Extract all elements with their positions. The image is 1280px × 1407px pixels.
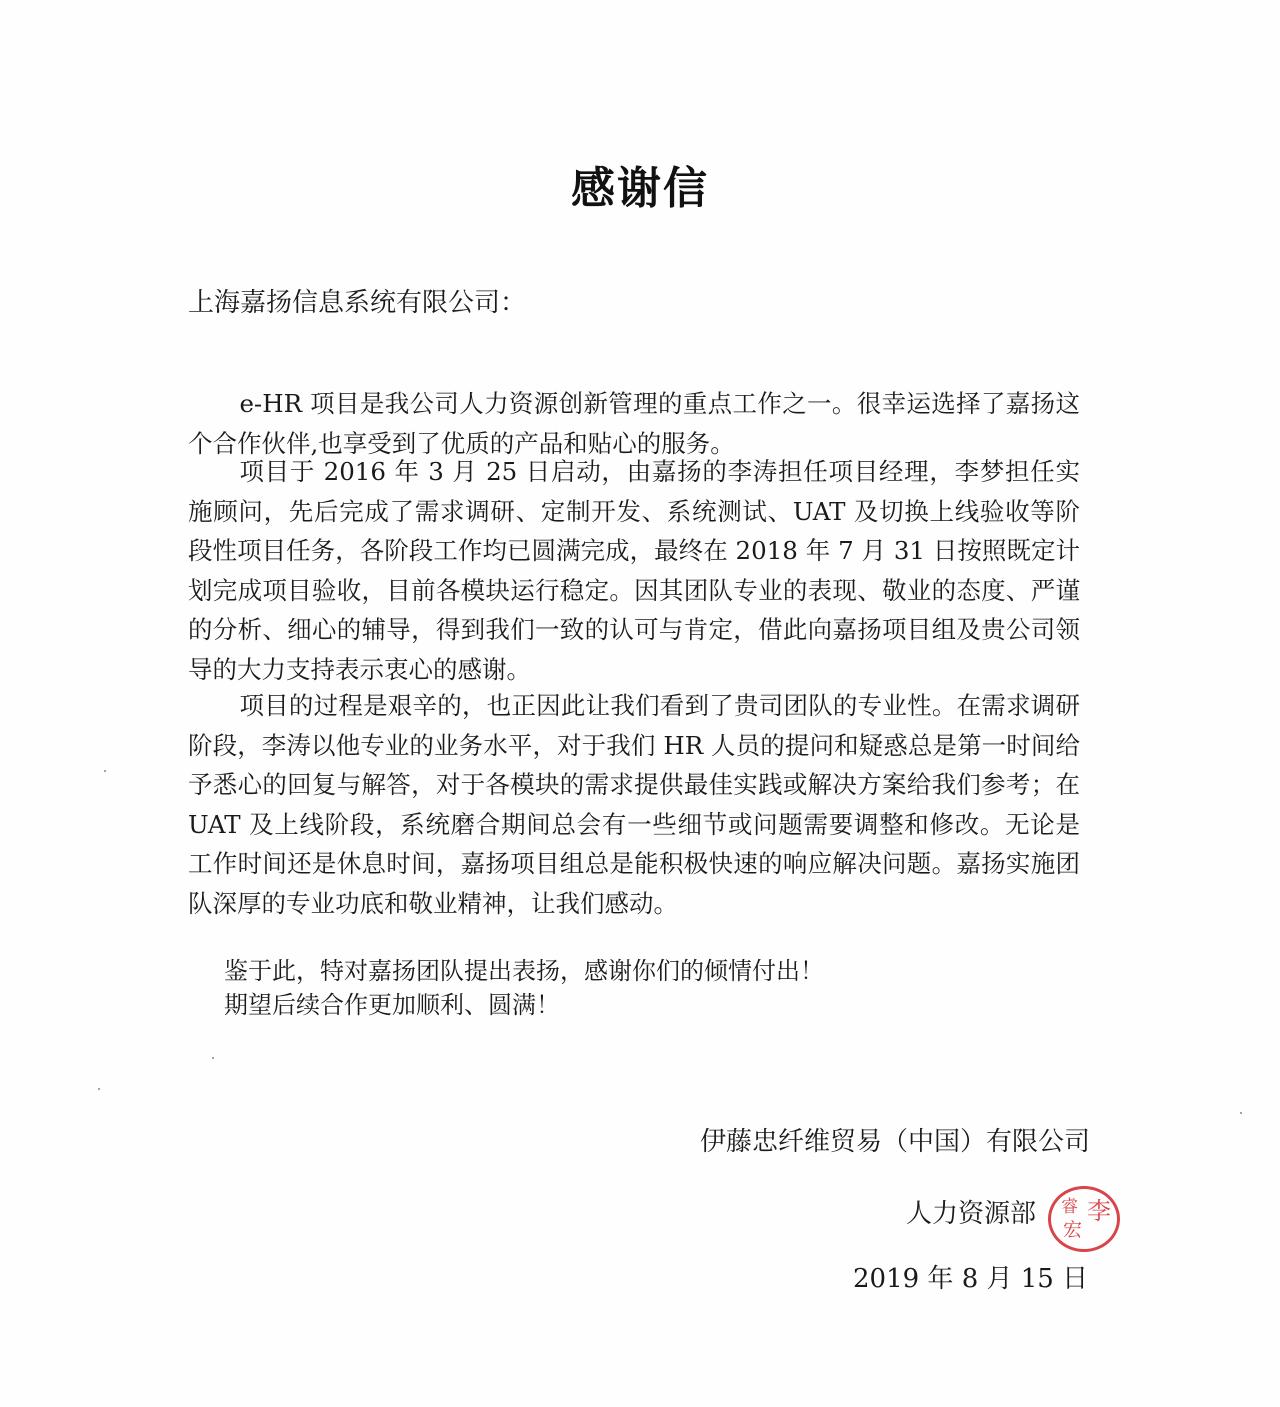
signature-date: 2019 年 8 月 15 日: [853, 1258, 1088, 1295]
stamp-char: 睿: [1061, 1199, 1078, 1216]
salutation: 上海嘉扬信息系统有限公司：: [188, 282, 526, 319]
stamp-char: 李: [1087, 1199, 1111, 1223]
body-paragraph-3: 项目的过程是艰辛的，也正因此让我们看到了贵司团队的专业性。在需求调研阶段，李涛以…: [188, 686, 1080, 923]
scan-speck: [1240, 1112, 1242, 1114]
scan-speck: [104, 770, 106, 772]
paragraph-text: 项目于 2016 年 3 月 25 日启动，由嘉扬的李涛担任项目经理，李梦担任实…: [188, 452, 1080, 689]
stamp-char: 宏: [1063, 1221, 1082, 1240]
scan-speck: [98, 1088, 100, 1090]
scanned-letter-page: 感谢信 上海嘉扬信息系统有限公司： e-HR 项目是我公司人力资源创新管理的重点…: [0, 0, 1280, 1407]
paragraph-text: 项目的过程是艰辛的，也正因此让我们看到了贵司团队的专业性。在需求调研阶段，李涛以…: [188, 686, 1080, 923]
closing-line-1: 鉴于此，特对嘉扬团队提出表扬，感谢你们的倾情付出！: [224, 954, 824, 988]
scan-speck: [212, 1057, 214, 1059]
red-seal-stamp-icon: 李 睿 宏: [1048, 1186, 1120, 1252]
closing-remarks: 鉴于此，特对嘉扬团队提出表扬，感谢你们的倾情付出！ 期望后续合作更加顺利、圆满！: [224, 954, 824, 1022]
letter-title: 感谢信: [0, 152, 1280, 216]
signature-company: 伊藤忠纤维贸易（中国）有限公司: [700, 1121, 1090, 1158]
body-paragraph-2: 项目于 2016 年 3 月 25 日启动，由嘉扬的李涛担任项目经理，李梦担任实…: [188, 452, 1080, 689]
signature-department: 人力资源部: [906, 1193, 1036, 1230]
closing-line-2: 期望后续合作更加顺利、圆满！: [224, 988, 824, 1022]
